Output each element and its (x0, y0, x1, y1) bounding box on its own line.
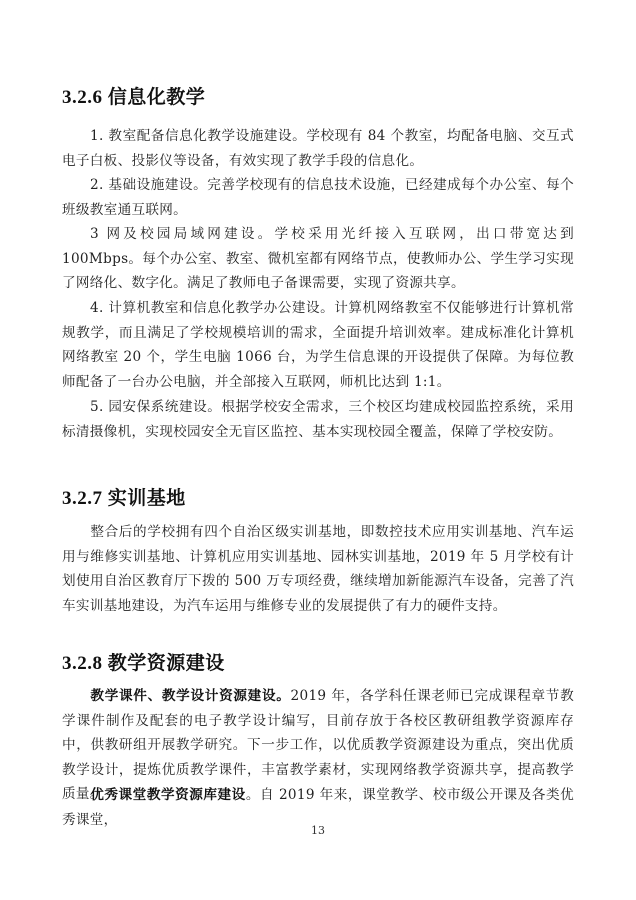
paragraph: 4. 计算机教室和信息化教学办公建设。计算机网络教室不仅能够进行计算机常规教学，… (62, 296, 574, 394)
paragraph: 整合后的学校拥有四个自治区级实训基地，即数控技术应用实训基地、汽车运用与维修实训… (62, 520, 574, 618)
paragraph: 3 网及校园局域网建设。学校采用光纤接入互联网，出口带宽达到 100Mbps。每… (62, 222, 574, 296)
paragraph-lead: 优秀课堂教学资源库建设 (90, 787, 246, 803)
paragraph: 1. 教室配备信息化教学设施建设。学校现有 84 个教室，均配备电脑、交互式电子… (62, 124, 574, 173)
section-heading-3-2-7: 3.2.7 实训基地 (62, 483, 186, 510)
paragraph-lead: 教学课件、教学设计资源建设。 (90, 688, 291, 704)
section-heading-3-2-6: 3.2.6 信息化教学 (62, 82, 205, 109)
section-heading-3-2-8: 3.2.8 教学资源建设 (62, 648, 225, 675)
page-number: 13 (62, 824, 574, 837)
paragraph: 5. 园安保系统建设。根据学校安全需求，三个校区均建成校园监控系统，采用标清摄像… (62, 395, 574, 444)
paragraph: 2. 基础设施建设。完善学校现有的信息技术设施，已经建成每个办公室、每个班级教室… (62, 173, 574, 222)
